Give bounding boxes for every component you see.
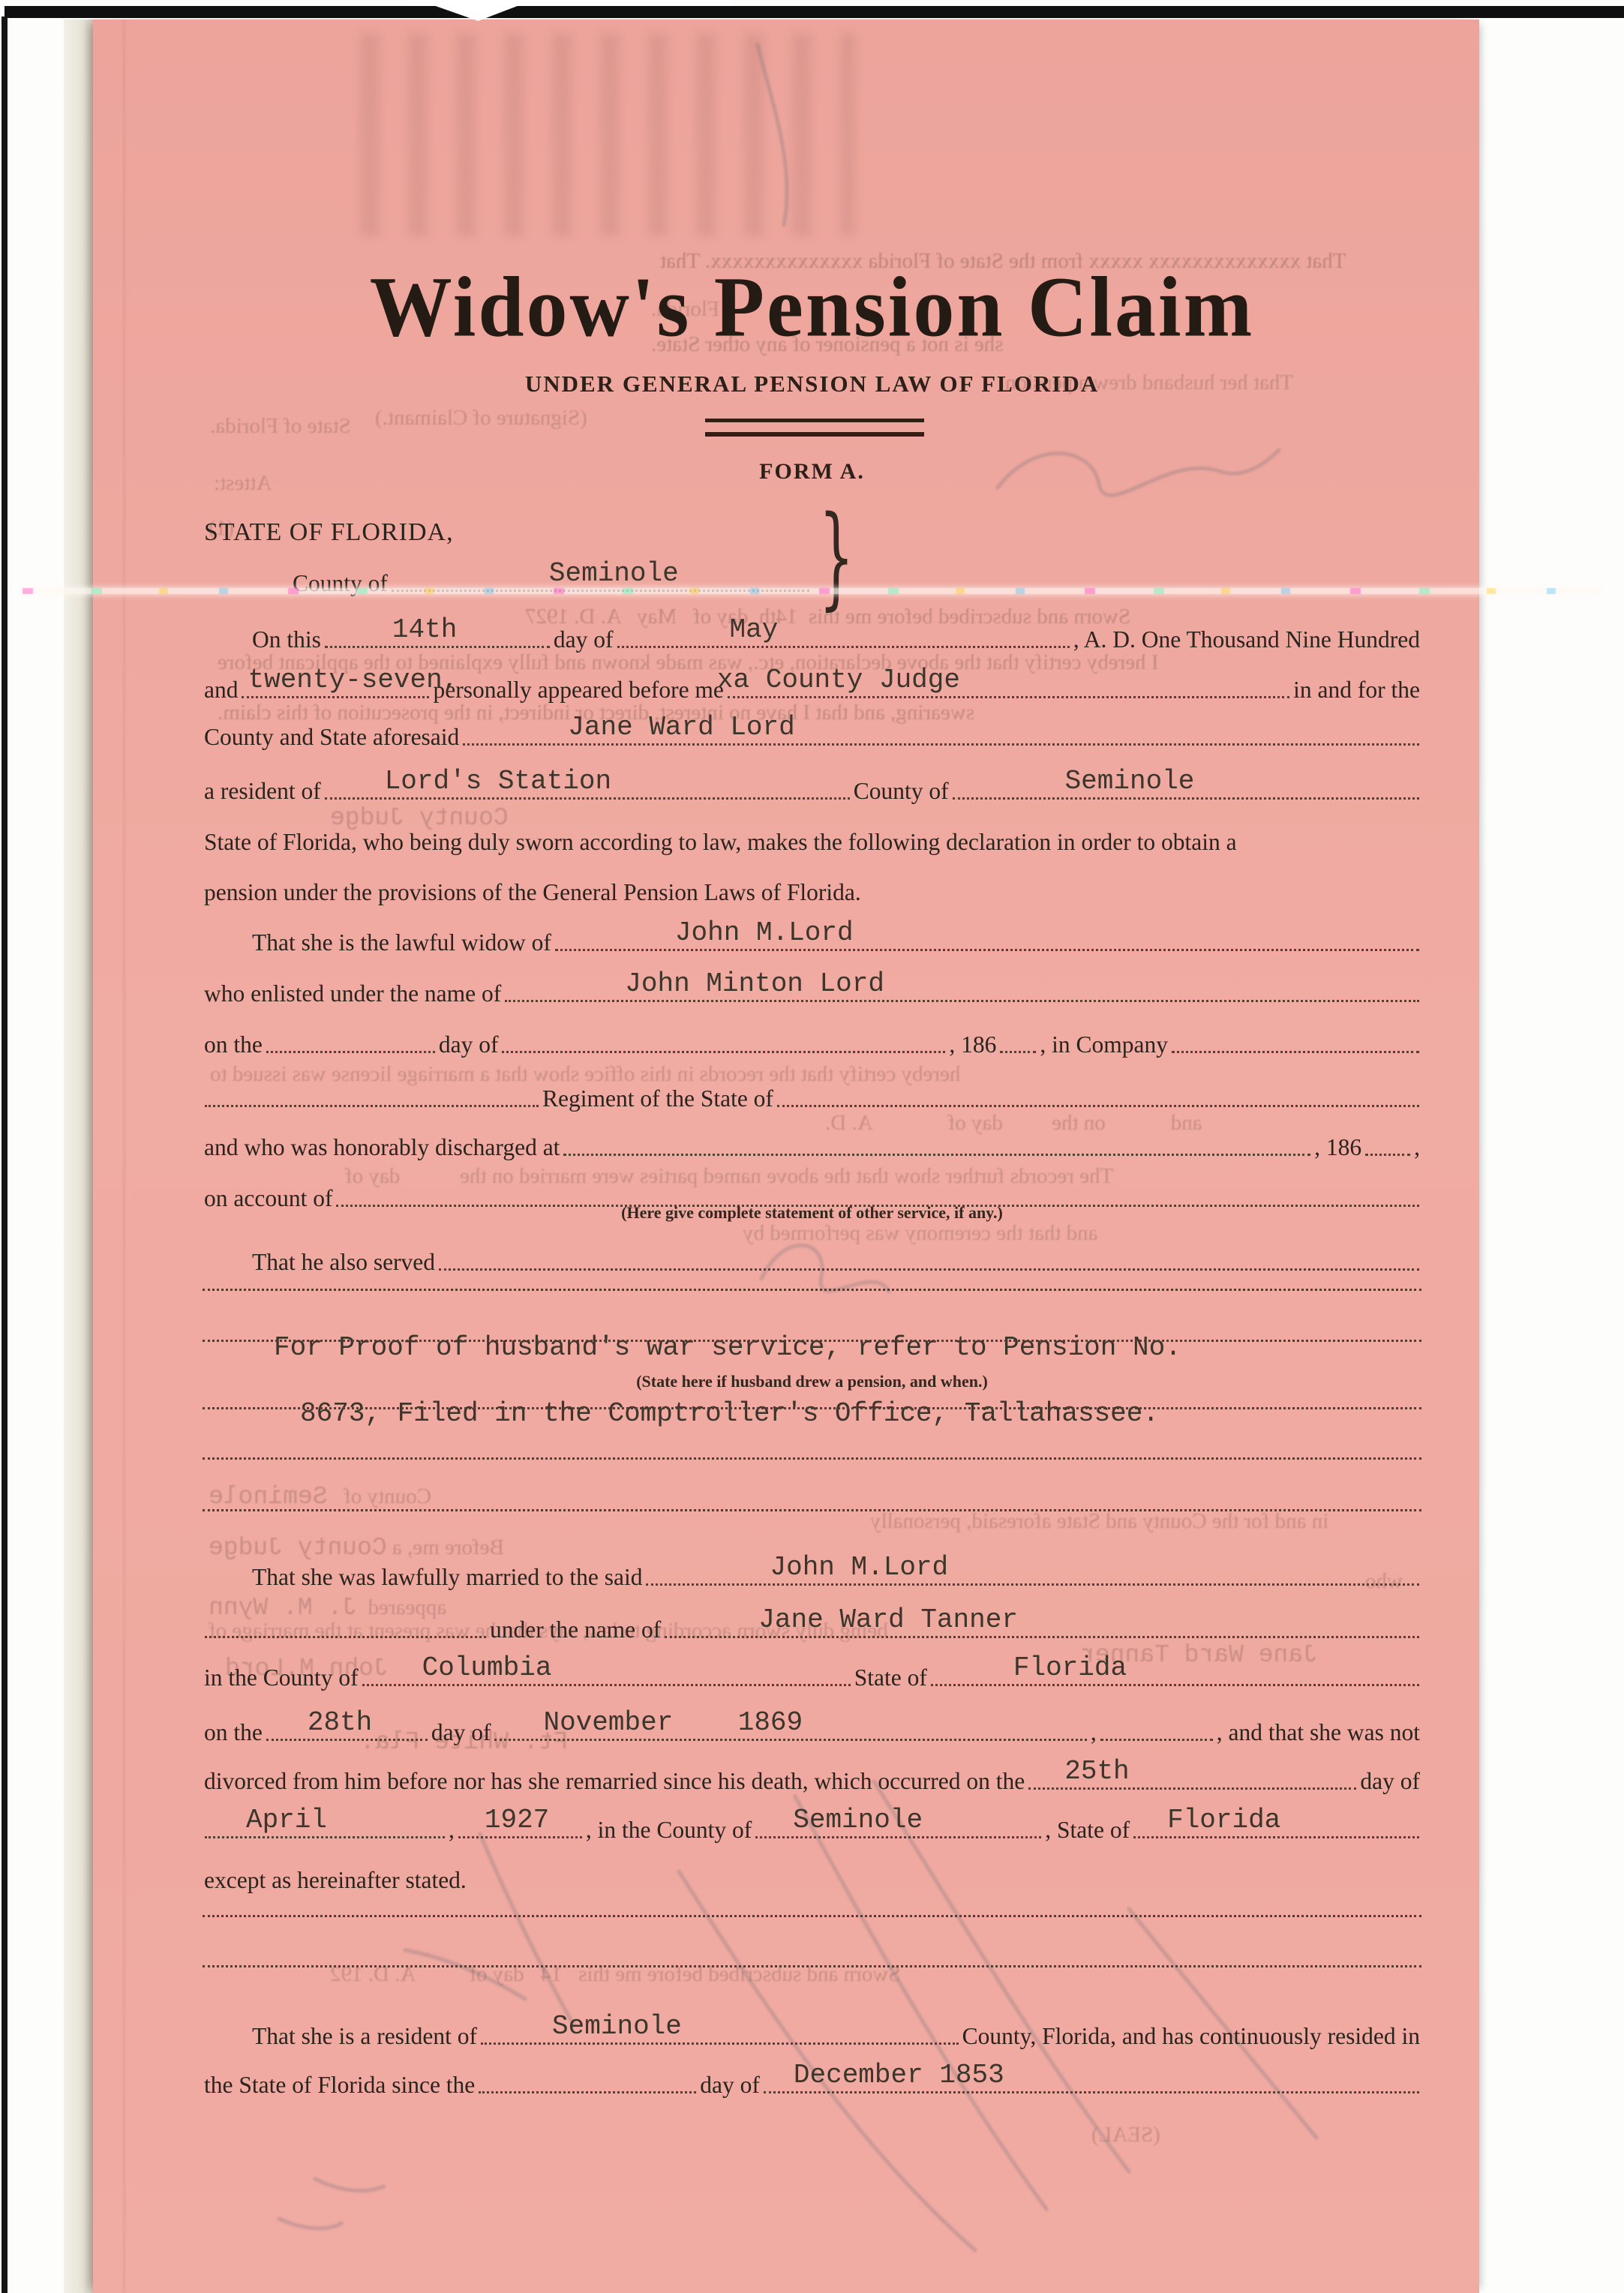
dotted-leader: April [205, 1836, 445, 1838]
dotted-rule [203, 1915, 1421, 1917]
dotted-rule [203, 1509, 1421, 1511]
typed-text: Jane Ward Tanner [758, 1604, 1018, 1635]
printed-text: and who was honorably discharged at [203, 1134, 561, 1161]
typed-text: November 1869 [543, 1707, 803, 1738]
fold-crease-rainbow [23, 588, 1601, 594]
printed-text: except as hereinafter stated. [203, 1867, 468, 1894]
dotted-leader: 25th [1028, 1787, 1356, 1790]
typed-text: John M.Lord [675, 917, 854, 948]
printed-text: That she was lawfully married to the sai… [251, 1564, 644, 1591]
dotted-leader [439, 1268, 1419, 1271]
sworn-sentence-line: State of Florida, who being duly sworn a… [203, 829, 1421, 856]
printed-text: in and for the [1292, 677, 1421, 704]
dotted-leader [205, 1105, 539, 1107]
printed-text: Regiment of the State of [541, 1085, 775, 1112]
typed-text: May [730, 614, 779, 645]
typed-text: Seminole [549, 558, 679, 589]
divorce-line: divorced from him before nor has she rem… [203, 1768, 1421, 1795]
resided-since-line: the State of Florida since the day of De… [203, 2072, 1421, 2099]
printed-text: in the County of [203, 1664, 360, 1691]
typed-text: John Minton Lord [625, 968, 884, 999]
printed-text: , 186 [947, 1031, 998, 1058]
dotted-leader: Florida [931, 1684, 1419, 1686]
printed-text: on the [203, 1031, 264, 1058]
typed-proof-line: 8673, Filed in the Comptroller's Office,… [300, 1398, 1159, 1429]
printed-text: , and that she was not [1215, 1719, 1421, 1746]
married-line: That she was lawfully married to the sai… [203, 1564, 1421, 1591]
enlisted-line: who enlisted under the name of John Mint… [203, 980, 1421, 1007]
claimant-line: County and State aforesaid Jane Ward Lor… [203, 724, 1421, 751]
dotted-leader: November 1869 [494, 1739, 1086, 1741]
dotted-leader: 28th [266, 1739, 428, 1741]
printed-text: State of [853, 1664, 929, 1691]
printed-text: , [1089, 1719, 1098, 1746]
printed-text: On this [251, 626, 323, 653]
dotted-leader: Florida [1133, 1836, 1419, 1838]
printed-text: under the name of [488, 1616, 662, 1643]
printed-text: personally appeared before me [431, 677, 725, 704]
dotted-leader: John M.Lord [646, 1583, 1419, 1586]
printed-text: , in Company [1038, 1031, 1169, 1058]
typed-text: Lord's Station [385, 766, 611, 797]
printed-text: STATE OF FLORIDA, [203, 518, 455, 547]
state-heading-line: STATE OF FLORIDA, [203, 518, 1421, 547]
typed-text: 28th [308, 1707, 372, 1738]
typed-text: 25th [1064, 1756, 1129, 1787]
marriage-date-line: on the 28th day of November 1869 , , and… [203, 1719, 1421, 1746]
enlistment-date-line: on the day of , 186 , in Company [203, 1031, 1421, 1058]
printed-text: State of Florida, who being duly sworn a… [203, 829, 1238, 856]
printed-text: day of [698, 2072, 761, 2099]
dotted-leader [205, 1636, 486, 1638]
printed-text: , [1412, 1134, 1421, 1161]
printed-text: who enlisted under the name of [203, 980, 503, 1007]
typed-text: Columbia [422, 1652, 552, 1683]
printed-text: , A. D. One Thousand Nine Hundred [1072, 626, 1421, 653]
service-note: (Here give complete statement of other s… [203, 1203, 1421, 1223]
printed-text: on the [203, 1719, 264, 1746]
dotted-rule [203, 1457, 1421, 1460]
printed-text: , [447, 1817, 456, 1844]
dotted-leader [1100, 1739, 1213, 1741]
printed-text: the State of Florida since the [203, 2072, 476, 2099]
typed-proof-line: For Proof of husband's war service, refe… [274, 1332, 1181, 1363]
printed-text: County, Florida, and has continuously re… [961, 2023, 1421, 2050]
scanned-document-page: That xxxxxxxxxxxxxx xxxxx from the State… [0, 0, 1624, 2293]
printed-text: That he also served [251, 1249, 437, 1276]
printed-text: day of [1358, 1768, 1421, 1795]
printed-text: County of [852, 778, 950, 805]
printed-text: , State of [1043, 1817, 1131, 1844]
dotted-leader [502, 1051, 945, 1053]
dotted-leader [1000, 1051, 1036, 1053]
dotted-leader: Seminole [481, 2042, 959, 2045]
date-line: On this 14th day of May , A. D. One Thou… [203, 626, 1421, 653]
typed-text: Seminole [552, 2011, 682, 2042]
dotted-leader [777, 1105, 1419, 1107]
dotted-leader: Seminole [953, 797, 1419, 800]
dotted-leader [1365, 1154, 1410, 1156]
dotted-leader: December 1853 [764, 2091, 1419, 2093]
typed-text: John M.Lord [770, 1552, 948, 1583]
printed-text: day of [552, 626, 615, 653]
dotted-leader: Lord's Station [325, 797, 850, 800]
discharge-line: and who was honorably discharged at , 18… [203, 1134, 1421, 1161]
typed-text: Seminole [793, 1805, 923, 1835]
dotted-leader: Seminole [755, 1836, 1041, 1838]
pension-note: (State here if husband drew a pension, a… [203, 1372, 1421, 1391]
dotted-rule [203, 1407, 1421, 1409]
printed-text: and [203, 677, 239, 704]
dotted-leader: 14th [325, 646, 550, 648]
dotted-leader: 1927 [458, 1836, 582, 1838]
dotted-leader [563, 1154, 1310, 1156]
residence-line: a resident of Lord's Station County of S… [203, 778, 1421, 805]
dotted-leader: Columbia [362, 1684, 851, 1686]
dotted-rule [203, 1340, 1421, 1342]
death-date-line: April , 1927 , in the County of Seminole… [203, 1817, 1421, 1844]
maiden-name-line: under the name of Jane Ward Tanner [203, 1616, 1421, 1643]
printed-text: a resident of [203, 778, 323, 805]
curly-brace: } [819, 492, 854, 621]
marriage-county-line: in the County of Columbia State of Flori… [203, 1664, 1421, 1691]
dotted-leader: twenty-seven, [242, 696, 429, 698]
dotted-leader: John M.Lord [555, 949, 1419, 951]
dotted-rule [203, 1289, 1421, 1291]
double-rule-divider [705, 419, 924, 437]
pension-sentence-line: pension under the provisions of the Gene… [203, 879, 1421, 906]
dotted-leader: xa County Judge [728, 696, 1289, 698]
dotted-leader: May [617, 646, 1070, 648]
typed-text: April [246, 1805, 327, 1835]
printed-text: That she is a resident of [251, 2023, 479, 2050]
dotted-leader [479, 2091, 696, 2093]
appeared-line: and twenty-seven, personally appeared be… [203, 677, 1421, 704]
document-title: Widow's Pension Claim [203, 257, 1421, 356]
dotted-leader: Jane Ward Lord [463, 743, 1419, 746]
resident-county-line: That she is a resident of Seminole Count… [203, 2023, 1421, 2050]
lawful-widow-line: That she is the lawful widow of John M.L… [203, 929, 1421, 956]
typed-text: 1927 [485, 1805, 549, 1835]
typed-text: 14th [392, 614, 457, 645]
printed-text: , in the County of [584, 1817, 753, 1844]
printed-text: divorced from him before nor has she rem… [203, 1768, 1026, 1795]
printed-text: day of [437, 1031, 500, 1058]
typed-text: December 1853 [794, 2060, 1004, 2090]
dotted-leader [1172, 1051, 1419, 1053]
printed-text: That she is the lawful widow of [251, 929, 553, 956]
form-label: FORM A. [203, 459, 1421, 485]
dotted-rule [203, 1965, 1421, 1967]
typed-text: xa County Judge [717, 665, 960, 695]
typed-text: Seminole [1065, 766, 1195, 797]
typed-text: Jane Ward Lord [568, 712, 794, 743]
printed-text: , 186 [1313, 1134, 1363, 1161]
dotted-leader [266, 1051, 435, 1053]
dotted-leader: Jane Ward Tanner [665, 1636, 1419, 1638]
except-line: except as hereinafter stated. [203, 1867, 1421, 1894]
dotted-leader: John Minton Lord [505, 1000, 1419, 1002]
typed-text: Florida [1167, 1805, 1280, 1835]
printed-text: pension under the provisions of the Gene… [203, 879, 863, 906]
also-served-line: That he also served [203, 1249, 1421, 1276]
regiment-line: Regiment of the State of [203, 1085, 1421, 1112]
printed-text: day of [430, 1719, 493, 1746]
typed-text: twenty-seven, [248, 665, 458, 695]
printed-text: County and State aforesaid [203, 724, 461, 751]
document-subtitle: UNDER GENERAL PENSION LAW OF FLORIDA [203, 371, 1421, 398]
typed-text: Florida [1013, 1652, 1127, 1683]
